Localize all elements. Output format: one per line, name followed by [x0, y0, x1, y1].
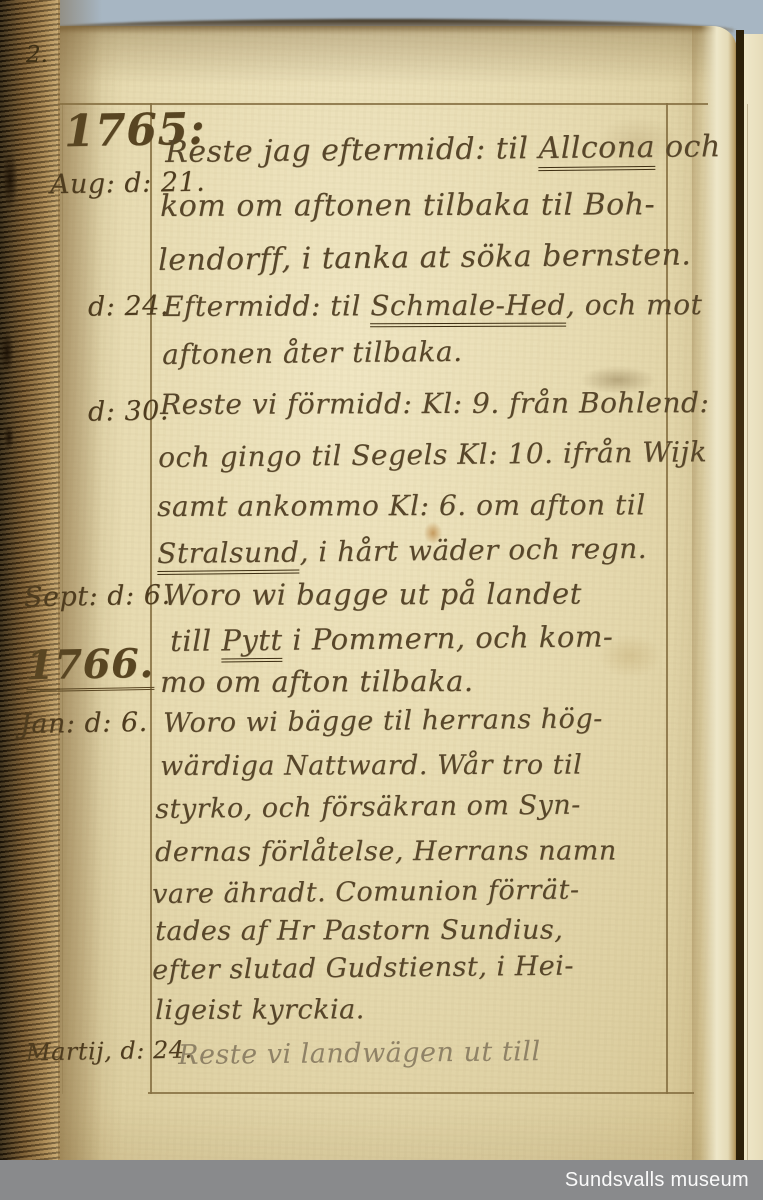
ink-bleed-mark: [2, 150, 18, 210]
ruled-frame-bottom: [148, 1092, 694, 1094]
underlined-place-name: Stralsund: [157, 536, 300, 575]
scanned-journal-photo: 2. 1765:Aug: d: 21.d: 24.d: 30.Sept: d: …: [0, 0, 763, 1200]
manuscript-line: Reste vi landwägen ut till: [178, 1036, 541, 1071]
page-curl: [692, 26, 737, 1200]
page-top-edge: [34, 19, 734, 34]
manuscript-line: dernas förlåtelse, Herrans namn: [155, 835, 617, 868]
underlined-place-name: Allcona: [538, 130, 655, 171]
page-gap-shadow: [736, 30, 744, 1200]
manuscript-line: kom om aftonen tilbaka til Boh-: [160, 188, 655, 224]
manuscript-text: och gingo til Segels Kl: 10. ifrån Wijk: [158, 435, 707, 474]
manuscript-text: vare ähradt. Comunion förrät-: [152, 875, 580, 910]
manuscript-text: kom om aftonen tilbaka til Boh-: [160, 187, 655, 224]
margin-date-label: d: 30.: [88, 395, 169, 427]
manuscript-line: tades af Hr Pastorn Sundius,: [155, 915, 563, 947]
manuscript-line: Reste jag eftermidd: til Allcona och: [165, 130, 721, 170]
folio-number: 2.: [26, 42, 48, 68]
manuscript-line: Reste vi förmidd: Kl: 9. från Bohlend:: [160, 387, 709, 421]
manuscript-text: Reste vi landwägen ut till: [178, 1036, 541, 1071]
margin-date-label: Jan: d: 6.: [20, 707, 148, 740]
manuscript-line: wärdiga Nattward. Wår tro til: [160, 750, 582, 783]
manuscript-text: aftonen åter tilbaka.: [162, 335, 463, 371]
manuscript-text: Eftermidd: til: [163, 289, 370, 323]
manuscript-text: mo om afton tilbaka.: [160, 664, 474, 699]
manuscript-text: ligeist kyrckia.: [155, 994, 365, 1026]
ink-bleed-mark: [0, 330, 14, 374]
museum-credit-bar: Sundsvalls museum: [0, 1160, 763, 1200]
margin-date-label: Sept: d: 6.: [24, 580, 171, 614]
manuscript-line: ligeist kyrckia.: [155, 994, 365, 1026]
museum-credit: Sundsvalls museum: [565, 1169, 749, 1192]
manuscript-text: lendorff, i tanka at söka bernsten.: [158, 237, 692, 278]
manuscript-line: styrko, och försäkran om Syn-: [155, 790, 581, 826]
manuscript-line: Eftermidd: til Schmale-Hed, och mot: [163, 289, 702, 323]
manuscript-text: wärdiga Nattward. Wår tro til: [160, 750, 582, 782]
manuscript-text: tades af Hr Pastorn Sundius,: [155, 915, 563, 947]
margin-date-label: d: 24.: [88, 290, 169, 322]
manuscript-line: till Pytt i Pommern, och kom-: [170, 620, 613, 658]
manuscript-line: vare ähradt. Comunion förrät-: [152, 875, 580, 911]
manuscript-text: i Pommern, och kom-: [282, 619, 613, 656]
manuscript-text: dernas förlåtelse, Herrans namn: [155, 835, 617, 868]
manuscript-text: Woro wi bägge til herrans hög-: [163, 703, 603, 739]
manuscript-line: Stralsund, i hårt wäder och regn.: [157, 533, 647, 570]
margin-year-label: 1766.: [26, 641, 155, 689]
adjacent-page-edge: [744, 34, 763, 1200]
manuscript-line: samt ankommo Kl: 6. om afton til: [157, 489, 646, 523]
manuscript-text: , och mot: [566, 288, 703, 321]
margin-date-label: Martij, d: 24.: [26, 1037, 193, 1067]
manuscript-text: Reste vi förmidd: Kl: 9. från Bohlend:: [160, 386, 709, 421]
underlined-place-name: Pytt: [221, 623, 283, 663]
manuscript-text: till: [170, 623, 222, 658]
manuscript-text: styrko, och försäkran om Syn-: [155, 790, 581, 825]
manuscript-line: och gingo til Segels Kl: 10. ifrån Wijk: [158, 436, 707, 474]
manuscript-text: och: [655, 129, 721, 165]
manuscript-text: Reste jag eftermidd: til: [165, 131, 539, 170]
manuscript-text: Woro wi bagge ut på landet: [163, 577, 582, 612]
manuscript-line: mo om afton tilbaka.: [160, 665, 474, 699]
manuscript-line: lendorff, i tanka at söka bernsten.: [158, 238, 692, 278]
manuscript-line: Woro wi bägge til herrans hög-: [163, 703, 603, 739]
ink-bleed-mark: [4, 424, 14, 450]
manuscript-text: efter slutad Gudstienst, i Hei-: [152, 951, 574, 986]
manuscript-line: efter slutad Gudstienst, i Hei-: [152, 951, 574, 986]
manuscript-line: Woro wi bagge ut på landet: [163, 578, 582, 613]
manuscript-line: aftonen åter tilbaka.: [162, 336, 463, 371]
manuscript-text: , i hårt wäder och regn.: [299, 532, 647, 569]
underlined-place-name: Schmale-Hed: [370, 289, 566, 328]
manuscript-text: samt ankommo Kl: 6. om afton til: [157, 488, 646, 523]
